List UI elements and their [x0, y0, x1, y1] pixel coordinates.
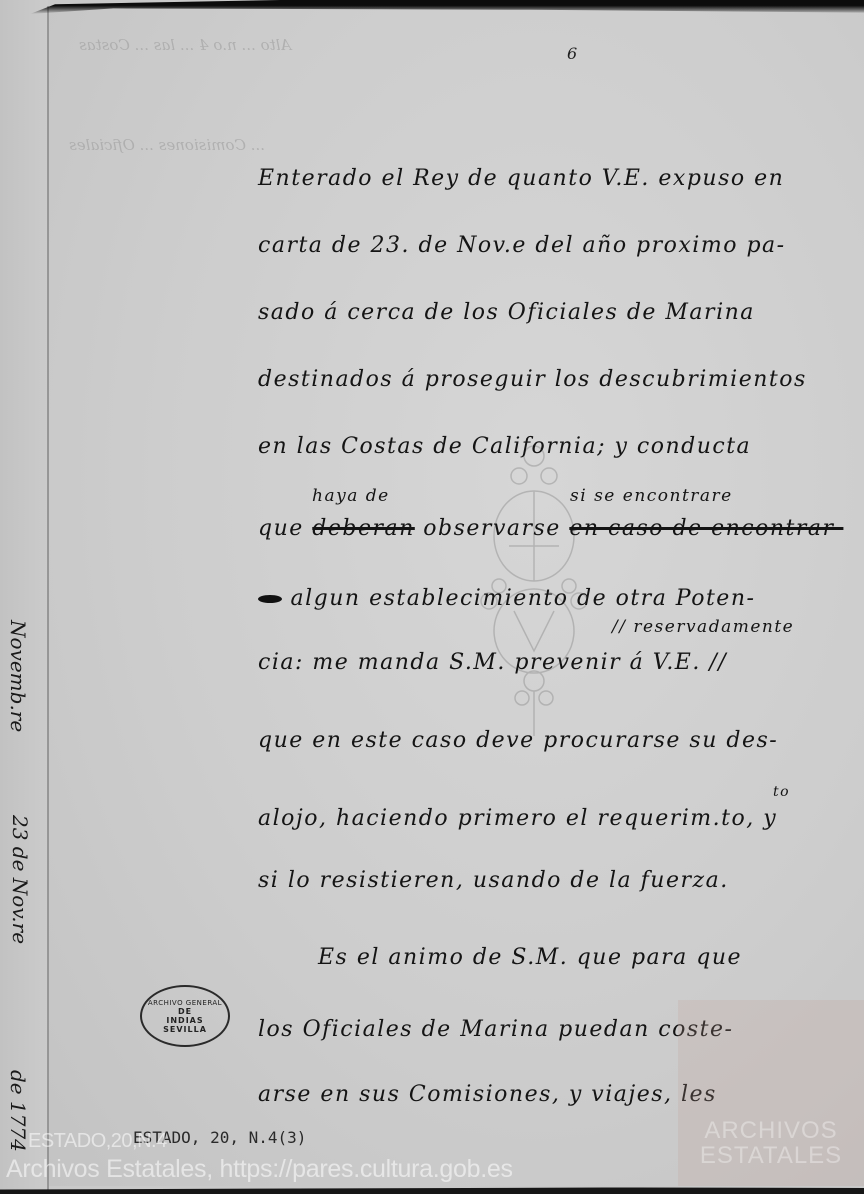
logo-line: ESTATALES [700, 1143, 842, 1168]
manuscript-line: que deberan observarse en caso de encont… [258, 516, 843, 541]
manuscript-line: arse en sus Comisiones, y viajes, les [258, 1082, 717, 1107]
line-text: algun establecimiento de otra Poten- [291, 586, 756, 611]
interlinear-insertion: // reservadamente [612, 617, 794, 637]
line-prefix: que [258, 516, 304, 541]
stamp-top-text: ARCHIVO GENERAL [148, 999, 222, 1007]
margin-note-year: de 1774 [6, 1070, 30, 1152]
manuscript-line: Enterado el Rey de quanto V.E. expuso en [258, 166, 784, 191]
interlinear-insertion: si se encontrare [570, 486, 733, 506]
logo-line: ARCHIVOS [704, 1118, 837, 1143]
stamp-middle-text: DE [178, 1007, 192, 1016]
bleed-through-text: Alto ... n.o 4 ... las ... Costas [79, 36, 291, 54]
manuscript-line: los Oficiales de Marina puedan coste- [258, 1017, 733, 1042]
manuscript-line: en las Costas de California; y conducta [258, 434, 751, 459]
document-scan: Alto ... n.o 4 ... las ... Costas ... Co… [0, 0, 864, 1194]
manuscript-line: cia: me manda S.M. prevenir á V.E. // [258, 650, 727, 675]
stamp-middle-text: INDIAS [166, 1016, 203, 1025]
manuscript-line: carta de 23. de Nov.e del año proximo pa… [258, 233, 786, 258]
struck-out-word: deberan [312, 516, 415, 541]
watermark-reference: ESTADO,20,N.4 [28, 1130, 167, 1153]
manuscript-line: algun establecimiento de otra Poten- [258, 586, 755, 611]
archive-stamp: ARCHIVO GENERAL DE INDIAS SEVILLA [140, 985, 230, 1047]
previous-page-edge [0, 0, 48, 1194]
stamp-bottom-text: SEVILLA [163, 1025, 207, 1034]
manuscript-line: alojo, haciendo primero el requerim.to, … [258, 806, 777, 831]
folio-number: 6 [567, 44, 577, 63]
manuscript-line: sado á cerca de los Oficiales de Marina [258, 300, 755, 325]
manuscript-line: Es el animo de S.M. que para que [318, 945, 742, 970]
margin-note-date: 23 de Nov.re [8, 815, 32, 944]
bleed-through-text: ... Comisiones ... Oficiales [69, 136, 265, 154]
watermark-credit: Archivos Estatales, https://pares.cultur… [6, 1155, 513, 1184]
margin-note-date: Novemb.re [6, 620, 30, 732]
struck-out-phrase: en caso de encontrar- [569, 516, 843, 541]
manuscript-line: destinados á proseguir los descubrimient… [258, 367, 807, 392]
ink-blot-icon [258, 595, 282, 603]
line-text: observarse [423, 516, 561, 541]
archivos-estatales-logo: ARCHIVOS ESTATALES [678, 1000, 864, 1186]
superscript-abbreviation: to [773, 784, 790, 800]
manuscript-line: si lo resistieren, usando de la fuerza. [258, 868, 729, 893]
interlinear-insertion: haya de [312, 486, 390, 506]
manuscript-line: que en este caso deve procurarse su des- [258, 728, 778, 753]
